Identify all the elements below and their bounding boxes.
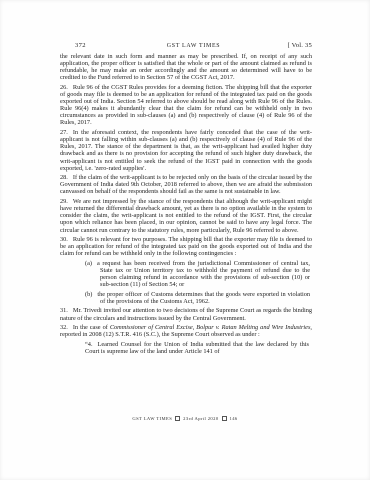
journal-page: 372 GST LAW TIMES [ Vol. 35 the relevant…: [0, 0, 370, 480]
paragraph-text-prefix: In the case of: [73, 324, 110, 331]
paragraph-28: 28.If the claim of the writ-applicant is…: [60, 172, 312, 196]
paragraph-text: Rule 96 is relevant for two purposes. Th…: [60, 236, 312, 257]
paragraph-text: the relevant date in such form and manne…: [60, 53, 312, 81]
journal-title: GST LAW TIMES: [125, 42, 262, 50]
paragraph-text: If the claim of the writ-applicant is to…: [60, 174, 312, 195]
footer-date: 23rd April 2020: [183, 416, 218, 421]
body-text: the relevant date in such form and manne…: [60, 53, 312, 355]
paragraph-26: 26.Rule 96 of the CGST Rules provides fo…: [60, 81, 312, 126]
block-quote: “4.Learned Counsel for the Union of Indi…: [85, 338, 309, 355]
paragraph-27: 27.In the aforesaid context, the respond…: [60, 127, 312, 172]
paragraph-31: 31.Mr. Trivedi invited our attention to …: [60, 305, 312, 322]
volume-label: [ Vol. 35: [262, 42, 312, 50]
footer-page-mark: 146: [230, 416, 238, 421]
quote-number: “4.: [85, 341, 93, 348]
separator-box-icon: [175, 416, 180, 421]
page-footer: GST LAW TIMES23rd April 2020146: [0, 416, 370, 421]
content-column: 372 GST LAW TIMES [ Vol. 35 the relevant…: [60, 42, 312, 355]
list-item-text: a request has been received from the jur…: [97, 260, 310, 288]
list-item-label: (a): [85, 260, 92, 267]
paragraph-number: 29.: [60, 198, 68, 205]
list-item-label: (b): [85, 291, 92, 298]
paragraph-number: 28.: [60, 174, 68, 181]
paragraph-30: 30.Rule 96 is relevant for two purposes.…: [60, 234, 312, 258]
case-citation: Commissioner of Central Excise, Bolpur v…: [110, 324, 311, 331]
paragraph-number: 30.: [60, 236, 68, 243]
paragraph-number: 32.: [60, 324, 68, 331]
separator-box-icon: [222, 416, 227, 421]
paragraph-continuation: the relevant date in such form and manne…: [60, 53, 312, 81]
paragraph-number: 26.: [60, 84, 68, 91]
list-item-b: (b)the proper officer of Customs determi…: [85, 288, 310, 305]
quote-text: Learned Counsel for the Union of India s…: [85, 341, 309, 355]
page-number: 372: [60, 42, 125, 50]
paragraph-text: Mr. Trivedi invited our attention to two…: [60, 307, 312, 321]
list-item-text: the proper officer of Customs determines…: [97, 291, 310, 305]
paragraph-text: In the aforesaid context, the respondent…: [60, 129, 312, 171]
paragraph-29: 29.We are not impressed by the stance of…: [60, 196, 312, 234]
paragraph-number: 27.: [60, 129, 68, 136]
page-header: 372 GST LAW TIMES [ Vol. 35: [60, 42, 312, 50]
paragraph-text: Rule 96 of the CGST Rules provides for a…: [60, 84, 312, 126]
footer-journal: GST LAW TIMES: [132, 416, 172, 421]
list-item-a: (a)a request has been received from the …: [85, 258, 310, 289]
paragraph-32: 32.In the case of Commissioner of Centra…: [60, 322, 312, 339]
paragraph-text: We are not impressed by the stance of th…: [60, 198, 312, 233]
paragraph-number: 31.: [60, 307, 68, 314]
